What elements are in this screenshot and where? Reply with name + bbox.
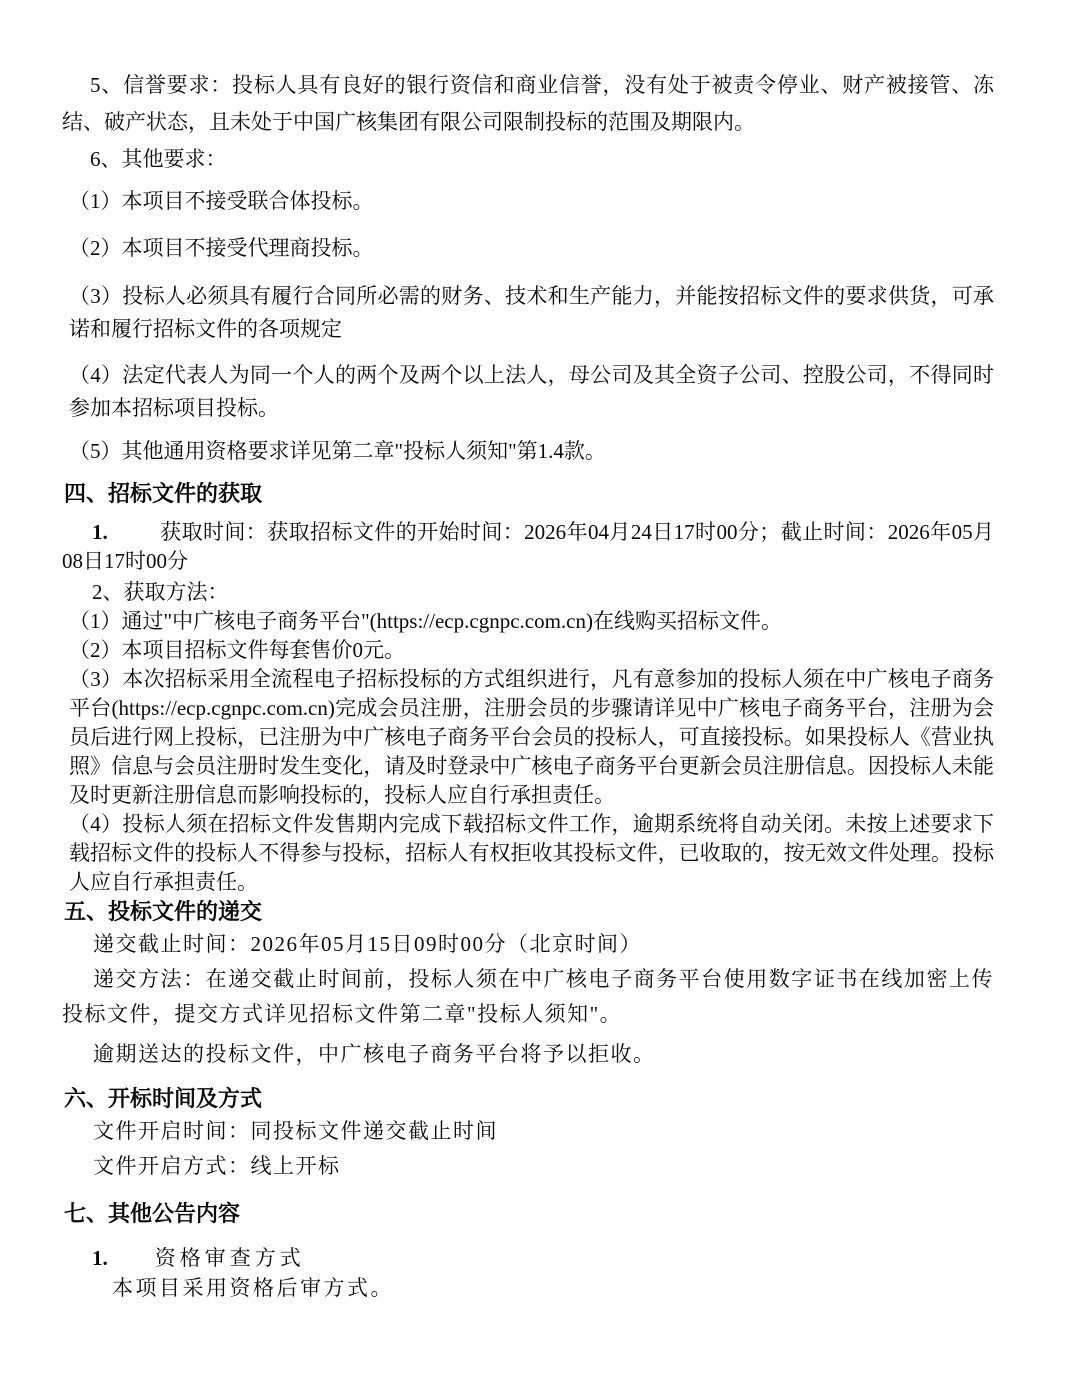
obtain-time-number: 1. <box>92 520 108 544</box>
qualification-review-number: 1. <box>92 1246 108 1270</box>
other-requirement-item-5: （5）其他通用资格要求详见第二章"投标人须知"第1.4款。 <box>69 435 994 468</box>
submission-method: 递交方法：在递交截止时间前，投标人须在中广核电子商务平台使用数字证书在线加密上传… <box>62 962 994 1032</box>
qualification-review-body: 本项目采用资格后审方式。 <box>112 1273 994 1303</box>
other-requirement-item-2: （2）本项目不接受代理商投标。 <box>69 232 994 265</box>
opening-time: 文件开启时间：同投标文件递交截止时间 <box>62 1114 994 1149</box>
obtain-method-item-4: （4）投标人须在招标文件发售期内完成下载招标文件工作，逾期系统将自动关闭。未按上… <box>69 810 994 897</box>
section-heading-other-announcement: 七、其他公告内容 <box>64 1199 994 1229</box>
section-heading-bid-opening: 六、开标时间及方式 <box>64 1084 994 1114</box>
qualification-review-item: 1.资格审查方式 <box>62 1243 994 1273</box>
opening-method: 文件开启方式：线上开标 <box>62 1149 994 1184</box>
section-heading-obtain-documents: 四、招标文件的获取 <box>64 479 994 509</box>
other-requirement-item-4: （4）法定代表人为同一个人的两个及两个以上法人，母公司及其全资子公司、控股公司，… <box>69 359 994 425</box>
other-requirement-item-3: （3）投标人必须具有履行合同所必需的财务、技术和生产能力，并能按招标文件的要求供… <box>69 280 994 346</box>
clause-other-requirements-label: 6、其他要求： <box>62 141 994 178</box>
obtain-method-item-1: （1）通过"中广核电子商务平台"(https://ecp.cgnpc.com.c… <box>69 607 994 636</box>
submission-deadline: 递交截止时间：2026年05月15日09时00分（北京时间） <box>62 927 994 962</box>
obtain-time-text: 获取时间：获取招标文件的开始时间：2026年04月24日17时00分；截止时间：… <box>62 520 994 573</box>
other-requirement-item-1: （1）本项目不接受联合体投标。 <box>69 185 994 218</box>
obtain-time-paragraph: 1.获取时间：获取招标文件的开始时间：2026年04月24日17时00分；截止时… <box>62 518 994 576</box>
document-page: 5、信誉要求：投标人具有良好的银行资信和商业信誉，没有处于被责令停业、财产被接管… <box>0 0 1080 1398</box>
late-submission-note: 逾期送达的投标文件，中广核电子商务平台将予以拒收。 <box>62 1037 994 1072</box>
clause-credit-requirement: 5、信誉要求：投标人具有良好的银行资信和商业信誉，没有处于被责令停业、财产被接管… <box>62 67 994 141</box>
obtain-method-item-2: （2）本项目招标文件每套售价0元。 <box>69 636 994 665</box>
qualification-review-title: 资格审查方式 <box>155 1246 305 1270</box>
section-heading-bid-submission: 五、投标文件的递交 <box>64 897 994 927</box>
obtain-method-label: 2、获取方法： <box>62 578 994 607</box>
obtain-method-item-3: （3）本次招标采用全流程电子招标投标的方式组织进行，凡有意参加的投标人须在中广核… <box>69 665 994 810</box>
